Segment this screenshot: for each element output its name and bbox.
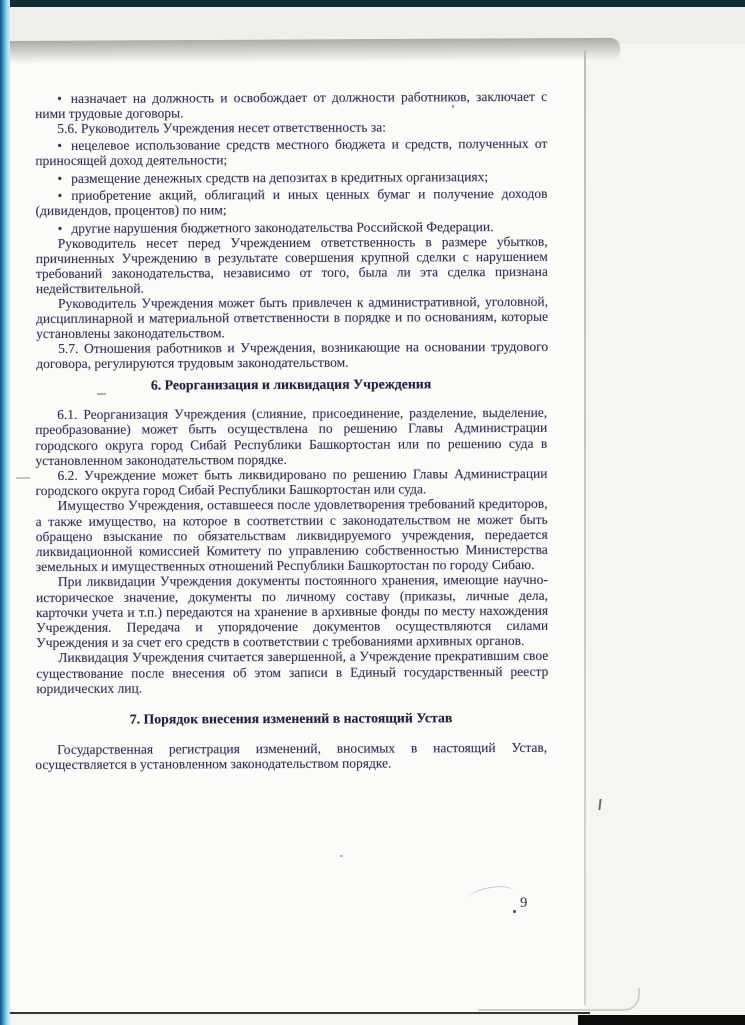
paragraph-text: Ликвидация Учреждения считается завершен…	[36, 648, 548, 696]
pencil-dash-mark	[97, 393, 106, 395]
paragraph-text: 5.6. Руководитель Учреждения несет ответ…	[57, 119, 386, 135]
bullet-item: •размещение денежных средств на депозита…	[35, 168, 547, 185]
section-5-content: •назначает на должность и освобождает от…	[35, 86, 548, 371]
page-number: 9	[520, 895, 527, 912]
section-7-content: 7. Порядок внесения изменений в настоящи…	[35, 710, 547, 773]
bullet-text: нецелевое использование средств местного…	[35, 136, 547, 168]
paragraph-text: 5.7. Отношения работников и Учреждения, …	[36, 338, 548, 370]
bullet-item: •назначает на должность и освобождает от…	[35, 88, 547, 120]
section-heading: 7. Порядок внесения изменений в настоящи…	[35, 710, 547, 727]
paragraph-text: 6.1. Реорганизация Учреждения (слияние, …	[35, 405, 547, 468]
paragraph-text: Имущество Учреждения, оставшееся после у…	[36, 496, 548, 574]
bullet-marker: •	[57, 188, 71, 203]
bullet-marker: •	[57, 170, 71, 185]
paragraph-text: При ликвидации Учреждения документы пост…	[36, 572, 548, 650]
scanner-top-edge	[0, 0, 745, 7]
ink-speck	[513, 910, 516, 913]
bullet-text: приобретение акций, облигаций и иных цен…	[36, 186, 548, 218]
paragraph: Имущество Учреждения, оставшееся после у…	[36, 496, 548, 574]
paragraph: 5.6. Руководитель Учреждения несет ответ…	[35, 118, 547, 135]
scan-mark-left-margin	[16, 477, 30, 479]
paragraph-text: Руководитель Учреждения может быть привл…	[36, 293, 548, 340]
page-bottom-edge-line	[8, 1012, 590, 1014]
paragraph: 6.2. Учреждение может быть ликвидировано…	[35, 466, 547, 499]
paragraph: Ликвидация Учреждения считается завершен…	[36, 648, 548, 696]
paper-right-edge	[584, 50, 586, 1005]
paragraph: Руководитель несет перед Учреждением отв…	[36, 233, 548, 295]
section-heading: 6. Реорганизация и ликвидация Учреждения	[35, 376, 547, 393]
paragraph: Государственная регистрация изменений, в…	[35, 740, 547, 773]
paragraph: При ликвидации Учреждения документы пост…	[36, 572, 548, 650]
underlying-page-corner	[478, 988, 640, 1011]
scan-background-right	[586, 44, 745, 1012]
paragraph: 6.1. Реорганизация Учреждения (слияние, …	[35, 405, 547, 468]
paragraph-text: Государственная регистрация изменений, в…	[35, 740, 547, 772]
bullet-text: размещение денежных средств на депозитах…	[71, 169, 488, 186]
paragraph-text: 6.2. Учреждение может быть ликвидировано…	[35, 466, 547, 498]
page-top-edge-shadow	[8, 38, 620, 64]
paragraph: Руководитель Учреждения может быть привл…	[36, 293, 548, 340]
bullet-marker: •	[58, 220, 72, 235]
section-6-content: 6. Реорганизация и ликвидация Учреждения…	[35, 376, 548, 696]
paragraph: 5.7. Отношения работников и Учреждения, …	[36, 338, 548, 370]
bullet-marker: •	[57, 138, 71, 153]
scanner-bottom-bar	[578, 1015, 745, 1025]
bullet-item: •приобретение акций, облигаций и иных це…	[35, 186, 547, 218]
ink-speck	[340, 855, 343, 857]
bullet-item: •нецелевое использование средств местног…	[35, 136, 547, 168]
bullet-text: назначает на должность и освобождает от …	[35, 88, 547, 120]
paragraph-text: Руководитель несет перед Учреждением отв…	[36, 233, 548, 295]
scanner-left-edge-strip	[0, 0, 10, 1025]
ink-speck	[452, 105, 454, 108]
bullet-marker: •	[57, 90, 71, 105]
